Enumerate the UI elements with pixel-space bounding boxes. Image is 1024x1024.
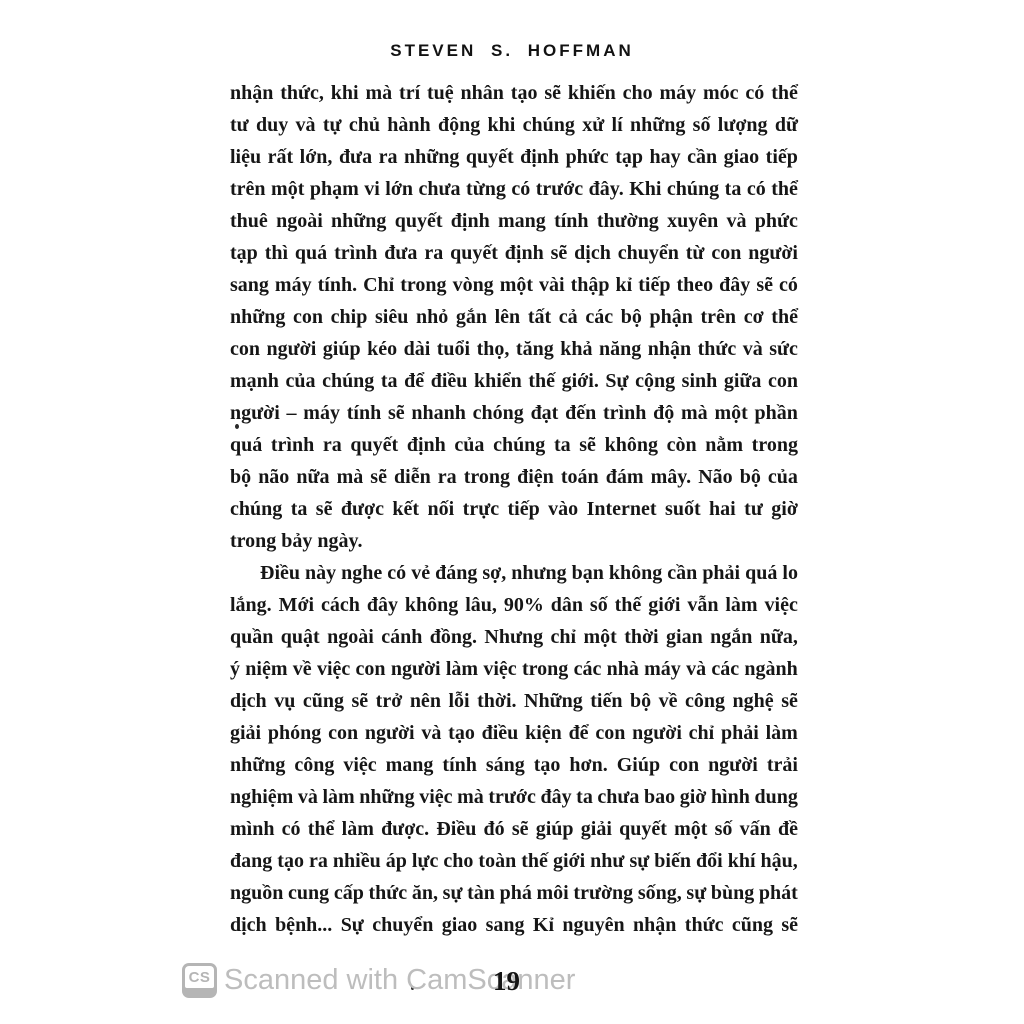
text-line: dịchbệnh...SựchuyểngiaosangKỉnguyênnhậnt… — [230, 909, 798, 941]
text-line: liệurấtlớn,đưaranhữngquyếtđịnhphứctạphay… — [230, 141, 798, 173]
text-line: quầnquậtngoàicánhđồng.Nhưngchỉmộtthờigia… — [230, 621, 798, 653]
text-line: chúngtasẽđượckếtnốitrựctiếpvàoInternetsu… — [230, 493, 798, 525]
text-line: thuêngoàinhữngquyếtđịnhmangtínhthườngxuy… — [230, 205, 798, 237]
text-line: tạpthìquátrìnhđưaraquyếtđịnhsẽdịchchuyển… — [230, 237, 798, 269]
text-line: Điềunàynghecóvẻđángsợ,nhưngbạnkhôngcầnph… — [230, 557, 798, 589]
page-number: 19 — [493, 963, 520, 999]
text-line: sangmáytính.Chỉtrongvòngmộtvàithậpkỉtiếp… — [230, 269, 798, 301]
text-line: trênmộtphạmvilớnchưatừngcótrướcđây.Khich… — [230, 173, 798, 205]
text-line: đangtạoranhiềuáplựcchotoànthếgiớinhưsựbi… — [230, 845, 798, 877]
text-line: trong bảy ngày. — [230, 525, 798, 557]
text-line: conngườigiúpkéodàituổithọ,tăngkhảnăngnhậ… — [230, 333, 798, 365]
scan-noise-dot — [235, 424, 239, 429]
running-header: STEVEN S. HOFFMAN — [0, 41, 1024, 61]
text-line: lắng.Mớicáchđâykhônglâu,90%dânsốthếgiớiv… — [230, 589, 798, 621]
text-line: tưduyvàtựchủhànhđộngkhichúngxửlínhữngsốl… — [230, 109, 798, 141]
text-line: nguồncungcấpthứcăn,sựtànphámôitrườngsống… — [230, 877, 798, 909]
text-line: nghiệmvàlàmnhữngviệcmàtrướcđâytachưabaog… — [230, 781, 798, 813]
camscanner-logo-monogram: CS — [185, 966, 214, 988]
text-line: bộnãonữamàsẽdiễnratrongđiệntoánđámmây.Nã… — [230, 461, 798, 493]
text-line: nhữngcôngviệcmangtínhsángtạohơn.Giúpconn… — [230, 749, 798, 781]
text-line: mạnhcủachúngtađểđiềukhiểnthếgiới.Sựcộngs… — [230, 365, 798, 397]
text-line: mìnhcóthểlàmđược.Điềuđósẽgiúpgiảiquyếtmộ… — [230, 813, 798, 845]
camscanner-watermark-text: Scanned with CamScanner — [224, 962, 575, 998]
text-line: người–máytínhsẽnhanhchóngđạtđếntrìnhđộmà… — [230, 397, 798, 429]
text-line: dịchvụcũngsẽtrởnênlỗithời.Nhữngtiếnbộvềc… — [230, 685, 798, 717]
scanned-book-page: STEVEN S. HOFFMAN nhậnthức,khimàtrítuệnh… — [0, 0, 1024, 1024]
text-line: nhữngconchipsiêunhỏgắnlêntấtcảcácbộphậnt… — [230, 301, 798, 333]
text-line: giảiphóngconngườivàtạođiềukiệnđểconngười… — [230, 717, 798, 749]
text-line: quátrìnhraquyếtđịnhcủachúngtasẽkhôngcònn… — [230, 429, 798, 461]
text-line: ýniệmvềviệcconngườilàmviệctrongcácnhàmáy… — [230, 653, 798, 685]
body-text: nhậnthức,khimàtrítuệnhântạosẽkhiếnchomáy… — [230, 77, 798, 941]
text-line: nhậnthức,khimàtrítuệnhântạosẽkhiếnchomáy… — [230, 77, 798, 109]
camscanner-logo-icon: CS — [182, 963, 217, 998]
